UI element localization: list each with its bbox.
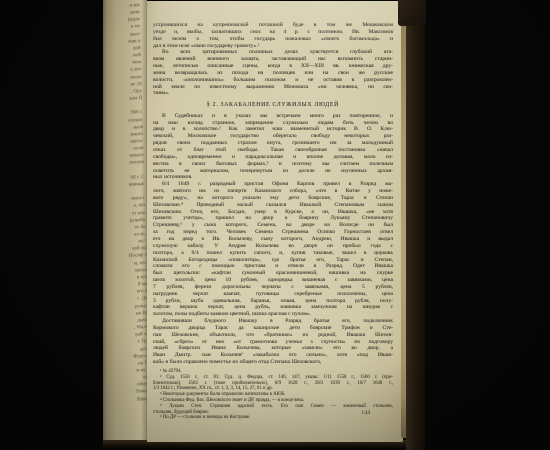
text-line: бил челом о том, чтобы государь пожалова… [153,36,393,43]
page-text-block: устроившихся на купреяновской поташной б… [153,22,393,421]
text-line: Доставивши блудного Ивашку в Разряд брат… [153,318,393,325]
page-number: 143 [351,410,381,416]
text-line: тины». [153,90,393,97]
text-line: вого ряду», на которого указали ему дети… [153,195,393,202]
section-heading: § 2. ЗАКАБАЛЕНИЕ СЛУЖИЛЫХ ЛЮДЕЙ [153,102,393,109]
book-photo: н жиланиредаки повысгжив пвойнойтюма дох… [0,0,550,450]
text-line: рядов своих подданных страхом кнута, гро… [153,140,393,147]
paragraphs-after-heading: В Судебниках и в указах мы встречаем мно… [153,113,393,366]
text-line: пан Шеховские, объяснили, что «братишко»… [153,332,393,339]
text-line: Шеховские.⁴ Приводный малый сказался Ива… [153,202,393,209]
text-line: шелк золотой, цена 10 рублев, однорядка … [153,277,393,284]
text-line: полтора, а 6/4 пошел купить сапоги, и, к… [153,250,393,257]
text-line: служилую кабалу. У Андрея Колычева во дв… [153,243,393,250]
text-line: его на двор к Ив. Колычеву, сыну которог… [153,236,393,243]
text-line: ⁵ Лукьян Степ. Стрешнев царской тесть. Е… [153,404,393,410]
book-page: устроившихся на купреяновской поташной б… [147,1,403,442]
text-line: ной земле по известному выражению Монома… [153,84,393,91]
text-line: 7 рублев, ферези дорогильны черчаты с за… [153,284,393,291]
paragraph: ⁶ По ДР — стольник и воевода на Костроме… [153,415,393,421]
book-cover-edge [406,0,425,450]
paragraph: Во всех цитированных полонных делах чувс… [153,49,393,97]
paragraph: устроившихся на купреяновской поташной б… [153,22,393,49]
text-line: В Судебниках и в указах мы встречаем мно… [153,113,393,120]
paragraph: 6/4 1649 г. разрядный пристав Офоня Карп… [153,181,393,318]
paragraphs-before-heading: устроившихся на купреяновской поташной б… [153,22,393,97]
text-line: ² Суд. 1550 г., ст. 81; Суд. ц. Федора, … [153,375,393,381]
text-line: Кормового дворца Тарас да каширские дети… [153,325,393,332]
cover-top-corner [398,0,426,26]
text-line: ные, летописью описанные сцены, когда в … [153,63,393,70]
text-line: жина возвращалась из похода на половцев … [153,70,393,77]
text-line: устроившихся на купреяновской поташной б… [153,22,393,29]
text-line: за год перед того. Человек Семена Стрешн… [153,229,393,236]
text-line: лого, взятого им из паперти Казанского с… [153,188,393,195]
left-page-gutter: н жиланиредаки повысгжив пвойнойтюма дох… [103,0,147,447]
text-line: волости, «ополонившись» большим полоном … [153,77,393,84]
text-line: осветить ее материалом, почерпнутым из д… [153,168,393,175]
text-line: отказ от благ этой свободы. Такая своеоб… [153,147,393,154]
text-line: нагрудник черчат камчат, пуговицы серебр… [153,291,393,298]
text-line: вестна в своих бытовых формах,³ и поэтом… [153,161,393,168]
text-line: кой» и было справлено поместье их общего… [153,359,393,366]
text-line: ⁶ По ДР — стольник и воевода на Костроме… [153,415,393,421]
paragraph: Доставивши блудного Ивашку в Разряд брат… [153,318,393,366]
left-page-text-line: Никол [110,396,147,405]
text-line: был щегольски: «кафтан суконный краснови… [153,270,393,277]
text-line: свободы», одновременно и парадоксальная … [153,154,393,161]
paragraph: В Судебниках и в указах мы встречаем мно… [153,113,393,181]
left-page-text-fragments: н жиланиредаки повысгжив пвойнойтюма дох… [103,2,147,404]
text-line: уезде и, якобы, захвативших снос на 4 р.… [153,29,393,36]
paragraph: ² Суд. 1550 г., ст. 81; Суд. ц. Федора, … [153,375,393,392]
